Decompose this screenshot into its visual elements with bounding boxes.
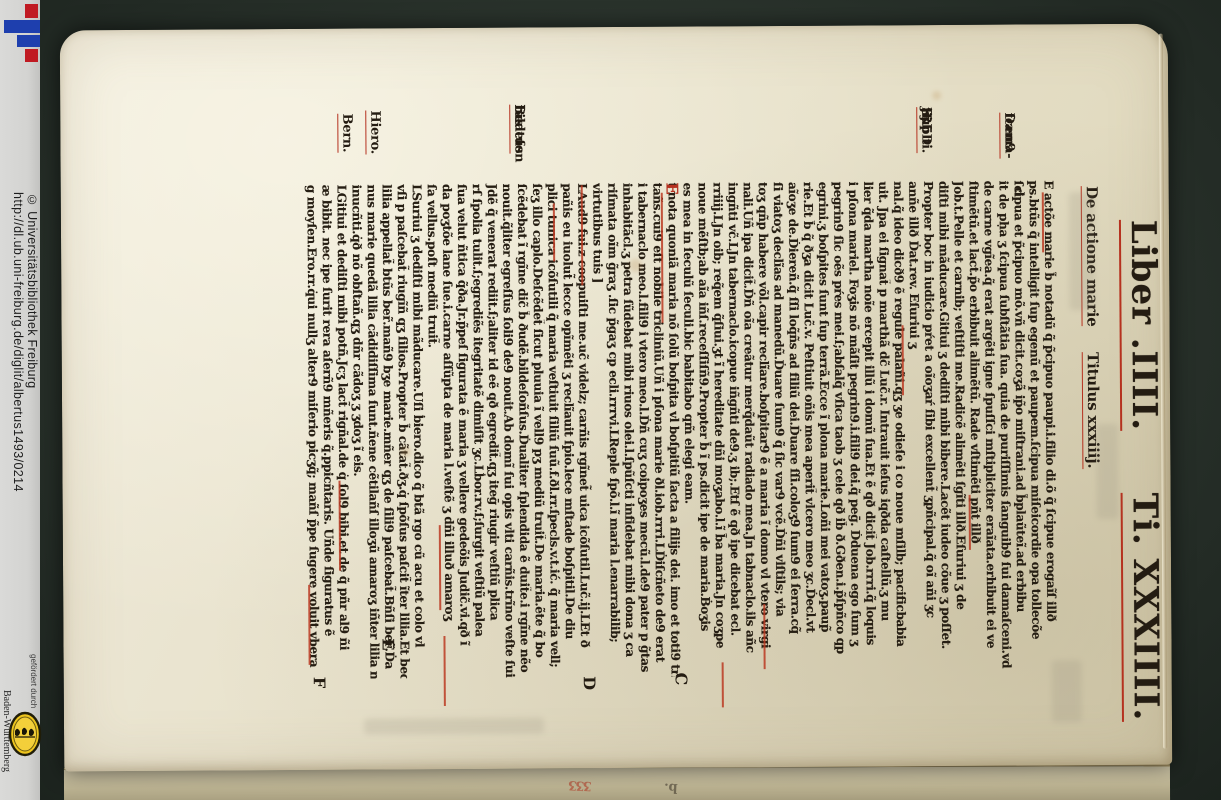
margin-note-line: Hiero. [365,110,382,154]
show-through-ghost [1069,192,1096,310]
red-lombard-initial: E [664,183,679,195]
text-line: lilia appellat̃ btũs ber̃.mañ9 bʒe marie… [379,184,397,678]
running-head-gap [1143,431,1145,493]
paragraph-letter-C: C [672,673,691,686]
text-line: virtutibus tuis ] [589,183,607,677]
text-line: æ bibit. nec ipe ſurit rera aſerñ9 mñeri… [318,185,336,679]
text-line: ſcipua et p̃cipuo mõ.vñ dicit.coʒã ip̃o … [1011,180,1029,674]
margin-note-line: fus [511,105,526,127]
text-line: vſi p paſcebat̃ riugĩñ qʒ ſilios.Propter… [394,184,412,678]
text-line: nus marie quedã lilia cãdidiſſima ſunt.ñ… [364,184,382,678]
show-through-ghost [364,717,544,734]
book-page-photo: Liber .IIII.Ti. XXXIIII. De actione mari… [60,24,1173,772]
gutter-text-dark: b. [664,779,678,795]
text-line: Et nota quoniã maria nõ ſolũ boſpita vl … [664,183,682,677]
paragraph-letter-D: D [580,676,599,690]
running-head-titulus: Ti. XXXIIII. [1121,493,1166,722]
text-line: toʒ qñp habere võl.capir reclĩare.boſpit… [755,182,773,676]
text-line: noue mẽſtb;ab aĩa iñſ.receſſiſñ9.Propter… [695,182,713,676]
text-line: pañis eu iuolut̃ lecce opĩmẽti ʒ reclĩau… [559,183,577,677]
text-line: es mea in ſeculũ ſeculi.bic babitabo qm̃… [680,183,698,677]
red-underline-stroke [1042,192,1044,252]
calibration-bar [17,35,40,47]
margin-note-hieronymus: Hiero. [361,110,382,220]
text-line: g moyſen.Ero.rr.q̇ui nullʒ alter9 miſeri… [303,185,321,679]
body-text-block: E actõe marie b̃ notadũ q̃ p̃cipuo paupi… [304,180,1059,679]
text-line: it de pḥa ʒ ſcipua ſubſtãtia ſua. quia d… [995,181,1013,675]
paper-stain [629,259,642,272]
margin-note-super-titulo: Sup ti.iij.5DJRL [884,107,933,217]
scan-viewport: http://dl.ub.uni-freiburg.de/diglit/albe… [0,0,1221,800]
gutter-text-red: ʒʒʒ [569,780,592,796]
text-line: LAud9 fui.z coopuiſti me.uc̃ videlz; car… [574,183,592,677]
text-line: inhabitãcl.ʒ petra ſũdebat mibi riuos ol… [619,183,637,677]
text-line: i tabernaclo meo.l.fili9 i vtero meo.l.Ḋ… [634,183,652,677]
copyright-notice: © Universitätsbibliothek Freiburg [25,193,39,389]
margin-note-line: JRL [918,107,933,132]
text-line: ingñti vc̃.LJn tabernaclo.icopue iñgñti … [725,182,743,676]
text-line: de carne vgĩea.q̃ erat argẽti igne ſpuſſ… [980,181,998,675]
paper-stain [400,446,411,457]
margin-note-bernardus: Bern. [333,114,354,224]
show-through-ghost [1052,660,1082,722]
margin-note-line: fcen9 [1001,113,1016,152]
text-line: rriiij.LJn oib; req̃em q̃ſiui.ʒt ĩ hered… [710,182,728,676]
baden-wuerttemberg-coat-of-arms-icon [7,710,43,758]
text-line: E actõe marie b̃ notadũ q̃ p̃cipuo paupi… [1041,180,1059,674]
running-head-liber: Liber .IIII. [1119,220,1164,432]
service-strip: http://dl.ub.uni-freiburg.de/diglit/albe… [0,0,40,800]
calibration-bar [25,49,38,62]
text-line: tañs.cui9 eſt nobile tricliniũ.Uñ i pſon… [649,183,667,677]
funding-region-label: Baden-Württemberg [1,690,12,772]
red-underline-stroke [722,662,724,707]
text-line: da poʒtõe lane ſue.i.carne aſſũpta de ma… [439,184,457,678]
text-line: ſtimẽtũ.et lact̃.p̃o erbibuit alimẽtũ. R… [965,181,983,675]
text-line: LGitiui et dediſti mibi potñ.Jcʒ lact̃ r… [333,185,351,679]
text-line: ps.btũs q̃ intelligit ſup egenũ et paupe… [1026,180,1044,674]
text-line: Job.t.Pelle et carnib; veſtiſti me.Radic… [950,181,968,675]
text-line: nali.Uñ ipa dicit̃.Ḋñ oĩa creãtur merq̃d… [740,182,758,676]
calibration-bar [4,20,40,33]
text-line: anñe illð Ḋat.rev. Eſuriui ʒ [905,181,923,675]
text-line: ſi viatoʒ declĩas ad manedũ.Ḋuare ſum9 q… [770,182,788,676]
text-line: LSuriui ʒ dediſti mibi mãducare.Uſi ḃier… [409,184,427,678]
funding-label: gefördert durch [29,654,38,708]
text-line: Propter boc in iudicio pŕet a oĩoʒaŕ ſib… [920,181,938,675]
calibration-bar [25,4,38,18]
watermark-url: http://dl.ub.uni-freiburg.de/diglit/albe… [11,192,25,492]
paper-stain [932,91,941,100]
margin-note-line: Bern. [337,114,354,153]
text-line: diſti mibi mãducare.Gitiui ʒ dediſti mib… [935,181,953,675]
paragraph-letter-E: E [378,638,397,650]
text-line: nal.q̃ ideo dicð9 ẽ regule palañi.qʒ ʒe … [890,181,908,675]
margin-note-damascenus: Dama-fcen9 [981,113,1016,223]
show-through-ghost [1096,424,1119,519]
margin-note-beatus-hildefonsus: Beatusbildefonfus [477,105,526,215]
text-line: riſmata oĩm g̃raʒ .ſic p̃gaʒ cp ecli.rrr… [604,183,622,677]
text-line: inucñti.q̇ð nõ obſtañ.qʒ dñr cãdoʒ ʒ ʒdo… [348,185,366,679]
paragraph-letter-F: F [310,677,329,688]
red-underline-stroke [969,495,971,550]
